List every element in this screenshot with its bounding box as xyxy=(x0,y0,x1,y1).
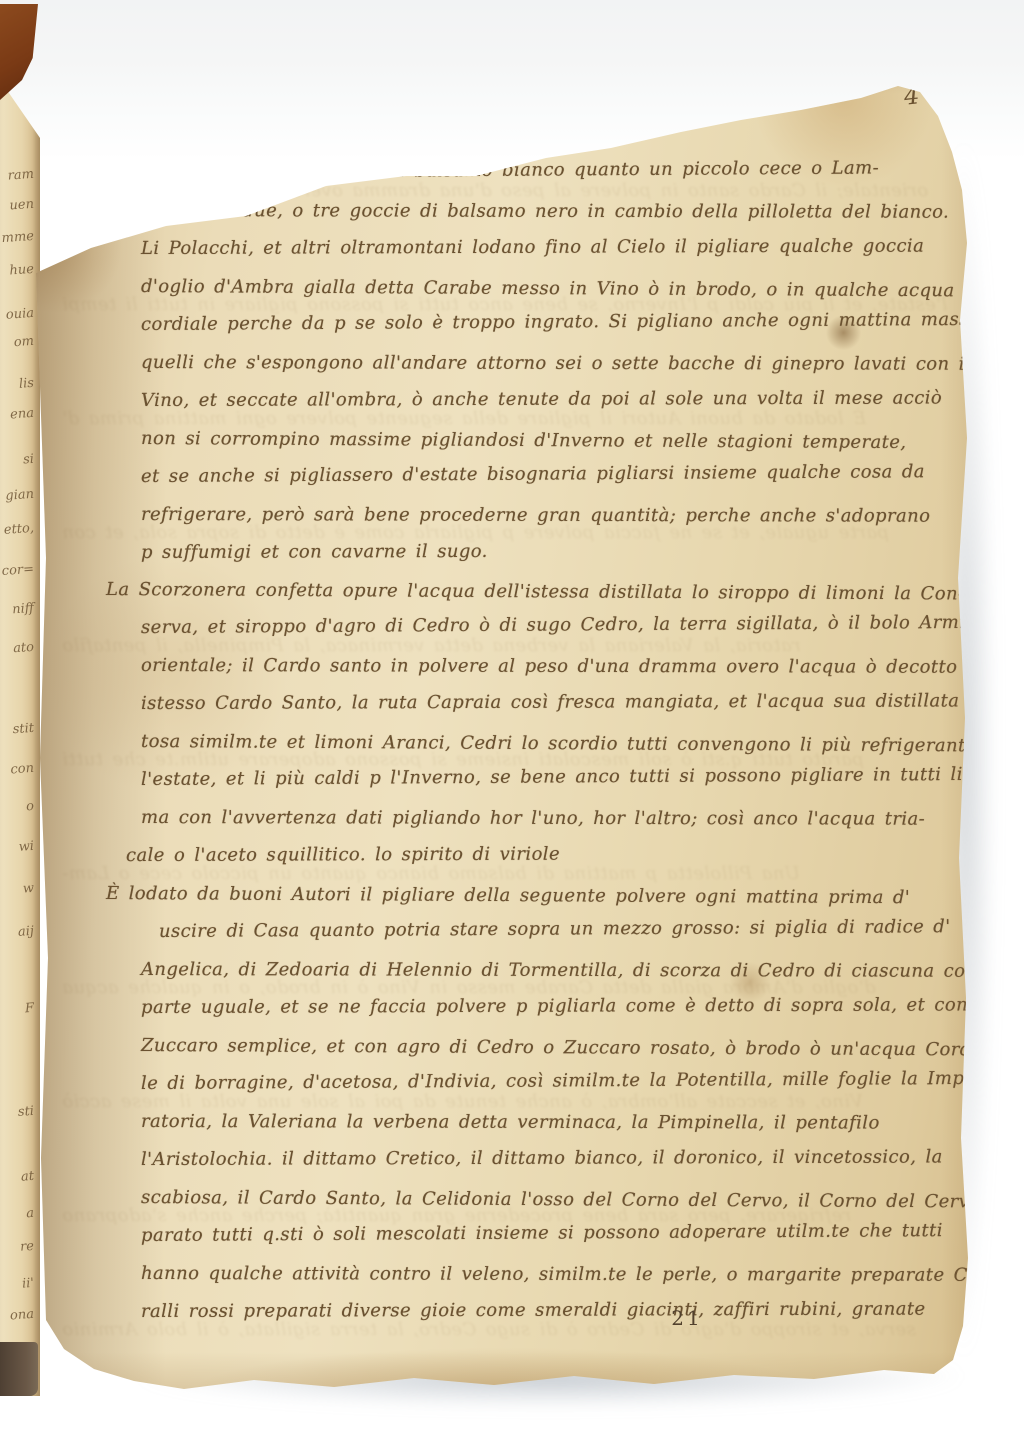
handwritten-text-block: Una Pilloletta p mattina di balsamo bian… xyxy=(36,58,975,1398)
manuscript-line: bire anco due, o tre goccie di balsamo n… xyxy=(141,200,949,223)
manuscript-line: Angelica, di Zedoaria di Helennio di Tor… xyxy=(141,959,986,982)
folio-number: 4 xyxy=(903,81,921,110)
manuscript-line: et se anche si pigliassero d'estate biso… xyxy=(141,461,925,487)
edge-fragment: uen xyxy=(0,197,34,214)
edge-fragment: aij xyxy=(0,924,34,941)
edge-fragment: F xyxy=(0,1001,34,1018)
manuscript-line: Una Pilloletta p mattina di balsamo bian… xyxy=(141,157,879,183)
manuscript-line: istesso Cardo Santo, la ruta Capraia cos… xyxy=(141,691,1019,715)
manuscript-line: refrigerare, però sarà bene procederne g… xyxy=(141,504,930,527)
manuscript-line: ratoria, la Valeriana la verbena detta v… xyxy=(141,1111,880,1134)
edge-fragment: at xyxy=(0,1169,34,1186)
edge-fragment: wi xyxy=(0,839,34,856)
edge-fragment: ram xyxy=(0,167,34,184)
manuscript-line: scabiosa, il Cardo Santo, la Celidonia l… xyxy=(141,1187,1024,1213)
edge-fragment: ona xyxy=(0,1307,34,1324)
edge-fragment: sti xyxy=(0,1104,34,1121)
edge-fragment: lis xyxy=(0,376,34,393)
manuscript-line: le di borragine, d'acetosa, d'Indivia, c… xyxy=(141,1068,982,1094)
edge-fragment: ena xyxy=(0,406,34,423)
manuscript-line: Zuccaro semplice, et con agro di Cedro o… xyxy=(141,1035,996,1060)
edge-fragment: re xyxy=(0,1239,34,1256)
edge-fragment: ouia xyxy=(0,306,34,323)
scanned-manuscript-photo: ramuenmmehueouiaomlisenasigianetto,cor=n… xyxy=(0,0,1024,1448)
manuscript-line: cordiale perche da p se solo è troppo in… xyxy=(141,309,1004,335)
book-spine xyxy=(0,1342,38,1396)
edge-fragment: ato xyxy=(0,640,34,657)
manuscript-line: non si corrompino massime pigliandosi d'… xyxy=(141,428,907,453)
manuscript-line: uscire di Casa quanto potria stare sopra… xyxy=(159,916,951,942)
edge-fragment: mme xyxy=(0,229,34,246)
edge-fragment: a xyxy=(0,1206,34,1223)
manuscript-line: cale o l'aceto squillitico. lo spirito d… xyxy=(126,844,560,866)
manuscript-line: orientale; il Cardo santo in polvere al … xyxy=(141,655,1007,678)
edge-fragment: stit xyxy=(0,721,34,738)
manuscript-line: ma con l'avvertenza dati pigliando hor l… xyxy=(141,807,925,830)
manuscript-page: orientale; il Cardo santo in polvere al … xyxy=(36,58,975,1398)
manuscript-line: Vino, et seccate all'ombra, ò anche tenu… xyxy=(141,387,942,411)
manuscript-line: tosa similm.te et limoni Aranci, Cedri l… xyxy=(141,731,1013,757)
manuscript-line: quelli che s'espongono all'andare attorn… xyxy=(141,352,971,375)
manuscript-line: Li Polacchi, et altri oltramontani lodan… xyxy=(141,235,924,258)
edge-fragment: w xyxy=(0,881,34,898)
stamped-page-number: 21 xyxy=(642,1306,732,1330)
manuscript-line: hanno qualche attività contro il veleno,… xyxy=(141,1263,986,1286)
manuscript-line: l'Aristolochia. il dittamo Cretico, il d… xyxy=(141,1146,943,1170)
previous-page-edge: ramuenmmehueouiaomlisenasigianetto,cor=n… xyxy=(0,58,40,1396)
manuscript-line: parte uguale, et se ne faccia polvere p … xyxy=(141,994,968,1018)
edge-fragment: hue xyxy=(0,262,34,279)
manuscript-line: È lodato da buoni Autori il pigliare del… xyxy=(106,883,910,908)
manuscript-line: d'oglio d'Ambra gialla detta Carabe mess… xyxy=(141,276,955,301)
edge-fragment: o xyxy=(0,799,34,816)
edge-fragment: cor= xyxy=(0,562,34,579)
manuscript-line: serva, et siroppo d'agro di Cedro ò di s… xyxy=(141,612,995,638)
manuscript-line: parato tutti q.sti ò soli mescolati insi… xyxy=(141,1220,943,1246)
manuscript-line: p suffumigi et con cavarne il sugo. xyxy=(141,540,488,562)
edge-fragment: om xyxy=(0,334,34,351)
manuscript-line: La Scorzonera confetta opure l'acqua del… xyxy=(106,579,965,604)
edge-fragment: si xyxy=(0,452,34,469)
book-board-corner xyxy=(0,4,38,104)
manuscript-line: l'estate, et li più caldi p l'Inverno, s… xyxy=(141,764,1024,790)
edge-fragment: con xyxy=(0,761,34,778)
edge-fragment: niff xyxy=(0,601,34,618)
manuscript-line: ralli rossi preparati diverse gioie come… xyxy=(141,1298,926,1321)
edge-fragment: gian xyxy=(0,487,34,504)
edge-fragment: etto, xyxy=(0,521,34,538)
edge-fragment: ii' xyxy=(0,1276,34,1293)
